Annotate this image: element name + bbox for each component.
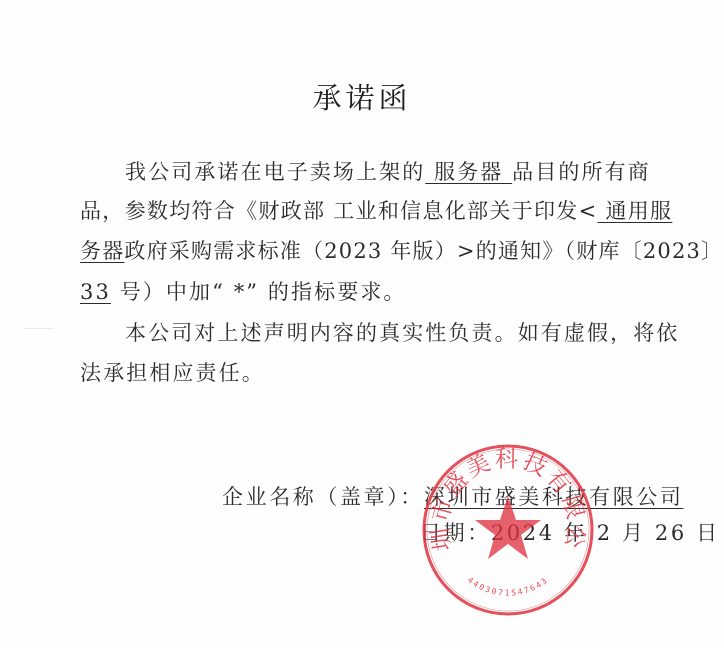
paragraph1-line1-suffix: 品目的所有商	[512, 160, 651, 184]
paragraph2-line1: 本公司对上述声明内容的真实性负责。如有虚假，将依	[125, 319, 679, 347]
company-name-label: 企业名称（盖章）：	[222, 485, 424, 509]
seal-code: 4403071547643	[466, 575, 550, 597]
date-value: 2024 年 2 月 26 日	[491, 521, 720, 545]
paragraph1-line3-suffix: 政府采购需求标准（2023 年版）>的通知》（财库〔2023〕	[124, 239, 723, 263]
product-category: 服务器	[425, 160, 512, 184]
paragraph2-line2: 法承担相应责任。	[80, 359, 265, 387]
document-number: 33	[80, 280, 111, 304]
svg-text:4403071547643: 4403071547643	[466, 575, 550, 597]
paragraph1-line1: 我公司承诺在电子卖场上架的 服务器 品目的所有商	[125, 158, 651, 186]
paragraph1-line2-prefix: 品，参数均符合《财政部 工业和信息化部关于印发<	[80, 199, 597, 223]
scan-artifact	[24, 328, 54, 329]
company-name: 深圳市盛美科技有限公司	[424, 485, 684, 509]
document-page: 承诺函 我公司承诺在电子卖场上架的 服务器 品目的所有商 品，参数均符合《财政部…	[0, 0, 724, 648]
date-line: 日期：2024 年 2 月 26 日	[420, 519, 720, 547]
document-title: 承诺函	[0, 76, 724, 117]
standard-name-part1: 通用服	[597, 199, 672, 223]
paragraph1-line3: 务器政府采购需求标准（2023 年版）>的通知》（财库〔2023〕	[80, 237, 723, 265]
date-label: 日期：	[420, 521, 491, 545]
paragraph1-line2: 品，参数均符合《财政部 工业和信息化部关于印发< 通用服	[80, 197, 672, 225]
paragraph1-line1-prefix: 我公司承诺在电子卖场上架的	[125, 160, 425, 184]
paragraph1-line4-suffix: 号）中加“ *” 的指标要求。	[111, 280, 407, 304]
paragraph1-line4: 33 号）中加“ *” 的指标要求。	[80, 278, 407, 306]
standard-name-part2: 务器	[80, 239, 124, 263]
signature-line: 企业名称（盖章）：深圳市盛美科技有限公司	[222, 483, 684, 511]
